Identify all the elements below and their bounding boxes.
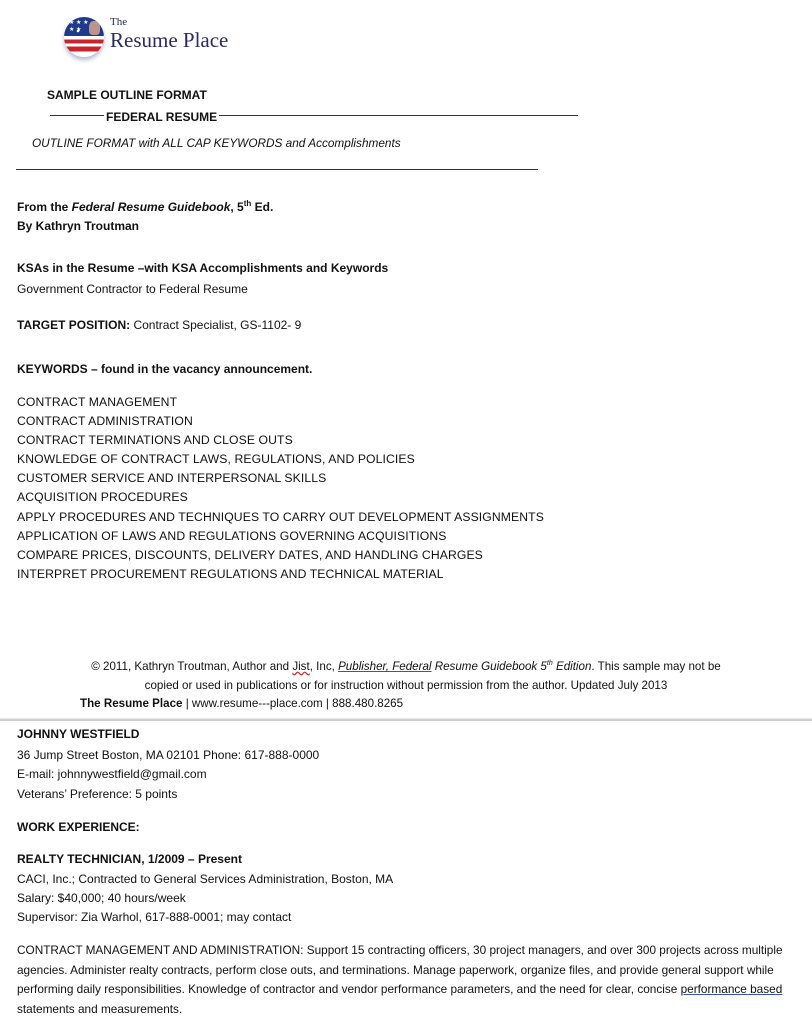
keyword-item: COMPARE PRICES, DISCOUNTS, DELIVERY DATE… <box>17 546 483 565</box>
veterans-preference: Veterans’ Preference: 5 points <box>17 787 177 801</box>
job-title: REALTY TECHNICIAN, 1/2009 – Present <box>17 852 242 866</box>
tagline: OUTLINE FORMAT with ALL CAP KEYWORDS and… <box>32 136 401 150</box>
keyword-item: INTERPRET PROCUREMENT REGULATIONS AND TE… <box>17 565 444 584</box>
brand-name: The Resume Place <box>80 697 182 710</box>
copyright-line-3: The Resume Place | www.resume---place.co… <box>80 697 403 710</box>
flag-globe-icon <box>64 17 104 57</box>
keyword-item: CONTRACT MANAGEMENT <box>17 393 177 412</box>
spellcheck-word: Jist <box>292 660 309 673</box>
contact-info: | www.resume---place.com | 888.480.8265 <box>182 697 403 710</box>
book-title: Federal Resume Guidebook <box>72 200 231 214</box>
copyright-line-2: copied or used in publications or for in… <box>0 679 812 692</box>
target-label: TARGET POSITION: <box>17 318 130 332</box>
source-line: From the Federal Resume Guidebook, 5th E… <box>17 199 273 214</box>
keyword-item: CUSTOMER SERVICE AND INTERPERSONAL SKILL… <box>17 469 326 488</box>
spellcheck-phrase: performance based <box>681 982 783 996</box>
publisher-text: Publisher, Federal <box>338 660 431 673</box>
applicant-email: E-mail: johnnywestfield@gmail.com <box>17 767 207 781</box>
target-position: TARGET POSITION: Contract Specialist, GS… <box>17 318 301 332</box>
target-value: Contract Specialist, GS-1102- 9 <box>130 318 301 332</box>
federal-resume-subtitle: FEDERAL RESUME <box>104 110 219 124</box>
job-employer: CACI, Inc.; Contracted to General Servic… <box>17 872 393 886</box>
ksa-subheading: Government Contractor to Federal Resume <box>17 282 248 296</box>
section-divider <box>0 718 812 721</box>
applicant-name: JOHNNY WESTFIELD <box>17 727 139 741</box>
work-experience-heading: WORK EXPERIENCE: <box>17 820 140 834</box>
keyword-item: KNOWLEDGE OF CONTRACT LAWS, REGULATIONS,… <box>17 450 415 469</box>
logo-the-text: The <box>110 16 127 28</box>
job-supervisor: Supervisor: Zia Warhol, 617-888-0001; ma… <box>17 910 291 924</box>
keywords-heading: KEYWORDS – found in the vacancy announce… <box>17 362 312 376</box>
job-description: CONTRACT MANAGEMENT AND ADMINISTRATION: … <box>17 941 807 1019</box>
applicant-address: 36 Jump Street Boston, MA 02101 Phone: 6… <box>17 748 319 762</box>
ksa-heading: KSAs in the Resume –with KSA Accomplishm… <box>17 261 388 275</box>
sample-outline-title: SAMPLE OUTLINE FORMAT <box>47 88 207 102</box>
resume-place-logo: The Resume Place <box>64 14 254 64</box>
logo-name-text: Resume Place <box>110 28 228 53</box>
keyword-item: CONTRACT ADMINISTRATION <box>17 412 193 431</box>
copyright-line-1: © 2011, Kathryn Troutman, Author and Jis… <box>0 660 812 673</box>
keyword-item: CONTRACT TERMINATIONS AND CLOSE OUTS <box>17 431 293 450</box>
keyword-item: APPLY PROCEDURES AND TECHNIQUES TO CARRY… <box>17 508 544 527</box>
keyword-item: ACQUISITION PROCEDURES <box>17 488 188 507</box>
header-rule-bottom <box>16 169 538 170</box>
job-salary: Salary: $40,000; 40 hours/week <box>17 891 186 905</box>
keyword-item: APPLICATION OF LAWS AND REGULATIONS GOVE… <box>17 527 447 546</box>
author-line: By Kathryn Troutman <box>17 219 139 233</box>
